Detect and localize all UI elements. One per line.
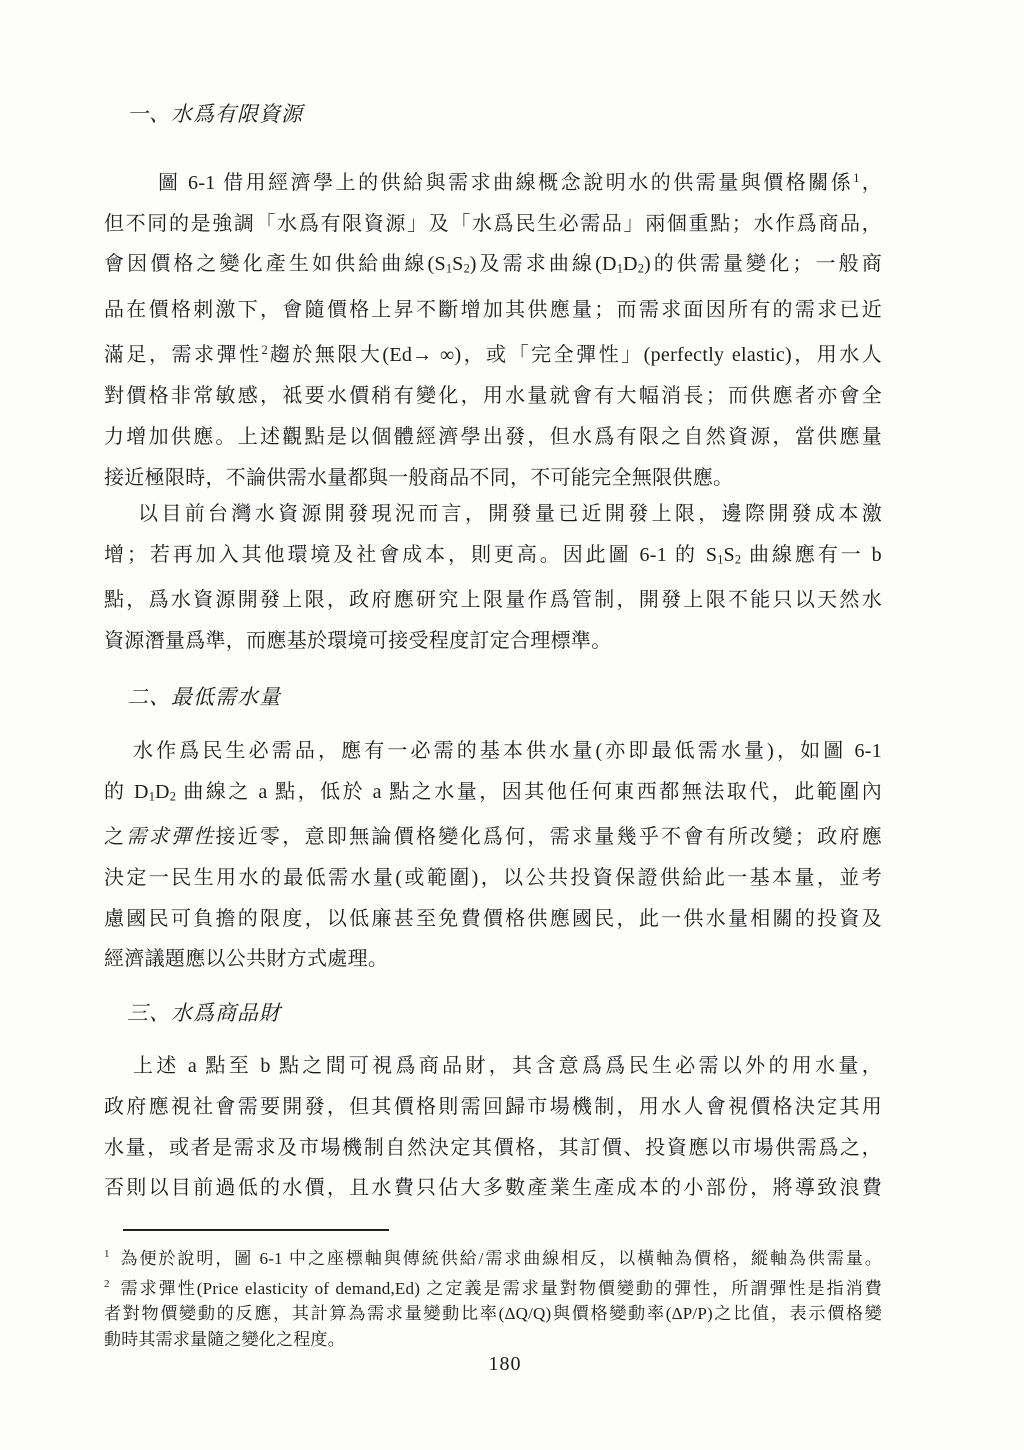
text-segment: 品在價格刺激下，會隨價格上昇不斷增加其供應量；而需求面因所有的需求已近 (104, 299, 882, 321)
text-segment: 決定一民生用水的最低需水量(或範圍)，以公共投資保證供給此一基本量，並考 (104, 867, 882, 889)
document-page: 一、水爲有限資源 圖 6-1 借用經濟學上的供給與需求曲線概念說明水的供需量與價… (0, 0, 1024, 1450)
section-heading-1: 一、水爲有限資源 (127, 101, 303, 127)
footnote-line: 者對物價變動的反應，其計算為需求量變動比率(ΔQ/Q)與價格變動率(ΔP/P)之… (104, 1301, 882, 1327)
text-segment: D (155, 781, 170, 803)
text-segment: 需求彈性 (126, 826, 215, 848)
text-segment: 者對物價變動的反應，其計算為需求量變動比率(ΔQ/Q)與價格變動率(ΔP/P)之… (104, 1304, 882, 1323)
text-segment: 點，爲水資源開發上限，政府應研究上限量作爲管制，開發上限不能只以天然水 (104, 589, 882, 611)
text-segment: 需求彈性(Price elasticity of demand,Ed) 之定義是… (119, 1279, 882, 1298)
paragraph-3: 水作爲民生必需品，應有一必需的基本供水量(亦即最低需水量)，如圖 6-1的 D1… (104, 731, 882, 980)
text-line: 圖 6-1 借用經濟學上的供給與需求曲線概念說明水的供需量與價格關係1， (104, 158, 882, 204)
text-segment: 接近零，意即無論價格變化爲何，需求量幾乎不會有所改變；政府應 (215, 826, 882, 848)
text-segment: 資源潛量爲準，而應基於環境可接受程度訂定合理標準。 (104, 630, 612, 652)
text-line: 上述 a 點至 b 點之間可視爲商品財，其含意爲爲民生必需以外的用水量， (104, 1046, 882, 1087)
text-segment: 否則以目前過低的水價，且水費只佔大多數產業生產成本的小部份，將導致浪費 (104, 1177, 882, 1199)
footnote-line: 動時其需求量隨之變化之程度。 (104, 1327, 882, 1353)
text-line: 以目前台灣水資源開發現況而言，開發量已近開發上限，邊際開發成本激 (104, 494, 882, 535)
text-segment: 經濟議題應以公共財方式處理。 (104, 948, 388, 970)
text-segment: 圖 6-1 借用經濟學上的供給與需求曲線概念說明水的供需量與價格關係 (158, 172, 853, 194)
text-segment: )的供需量變化；一般商 (644, 253, 882, 275)
text-segment: 滿足，需求彈性 (104, 344, 261, 366)
text-line: 點，爲水資源開發上限，政府應研究上限量作爲管制，開發上限不能只以天然水 (104, 580, 882, 621)
text-line: 增；若再加入其他環境及社會成本，則更高。因此圖 6-1 的 S1S2 曲線應有一… (104, 535, 882, 580)
text-segment: 之 (104, 826, 126, 848)
text-line: 經濟議題應以公共財方式處理。 (104, 939, 882, 980)
text-line: 之需求彈性接近零，意即無論價格變化爲何，需求量幾乎不會有所改變；政府應 (104, 817, 882, 858)
text-line: 但不同的是強調「水爲有限資源」及「水爲民生必需品」兩個重點；水作爲商品， (104, 204, 882, 245)
text-line: 會因價格之變化產生如供給曲線(S1S2)及需求曲線(D1D2)的供需量變化；一般… (104, 244, 882, 289)
paragraph-4: 上述 a 點至 b 點之間可視爲商品財，其含意爲爲民生必需以外的用水量，政府應視… (104, 1046, 882, 1209)
paragraph-2: 以目前台灣水資源開發現況而言，開發量已近開發上限，邊際開發成本激增；若再加入其他… (104, 494, 882, 662)
text-segment: 水作爲民生必需品，應有一必需的基本供水量(亦即最低需水量)，如圖 6-1 (133, 740, 882, 762)
text-line: 資源潛量爲準，而應基於環境可接受程度訂定合理標準。 (104, 621, 882, 662)
text-segment: 對價格非常敏感，祗要水價稍有變化，用水量就會有大幅消長；而供應者亦會全 (104, 385, 882, 407)
text-segment: 政府應視社會需要開發，但其價格則需回歸市場機制，用水人會視價格決定其用 (104, 1096, 882, 1118)
text-line: 接近極限時，不論供需水量都與一般商品不同，不可能完全無限供應。 (104, 458, 882, 499)
text-line: 政府應視社會需要開發，但其價格則需回歸市場機制，用水人會視價格決定其用 (104, 1087, 882, 1128)
page-number: 180 (425, 1353, 585, 1376)
section-heading-3: 三、水爲商品財 (127, 1000, 281, 1026)
text-line: 水量，或者是需求及市場機制自然決定其價格，其訂價、投資應以市場供需爲之， (104, 1128, 882, 1169)
text-line: 慮國民可負擔的限度，以低廉甚至免費價格供應國民，此一供水量相關的投資及 (104, 899, 882, 940)
text-segment: S (723, 544, 734, 566)
text-line: 品在價格刺激下，會隨價格上昇不斷增加其供應量；而需求面因所有的需求已近 (104, 290, 882, 331)
text-segment: 慮國民可負擔的限度，以低廉甚至免費價格供應國民，此一供水量相關的投資及 (104, 908, 882, 930)
text-segment: 會因價格之變化產生如供給曲線(S (104, 253, 446, 275)
text-segment: S (452, 253, 463, 275)
footnote-separator (123, 1229, 389, 1231)
footnote-line: 2需求彈性(Price elasticity of demand,Ed) 之定義… (104, 1272, 882, 1302)
text-segment: ， (859, 172, 882, 194)
text-line: 水作爲民生必需品，應有一必需的基本供水量(亦即最低需水量)，如圖 6-1 (104, 731, 882, 772)
text-segment: 上述 a 點至 b 點之間可視爲商品財，其含意爲爲民生必需以外的用水量， (133, 1055, 882, 1077)
text-segment: 趨於無限大(Ed→ ∞)，或「完全彈性」(perfectly elastic)，… (268, 344, 882, 366)
text-segment: D (623, 253, 638, 275)
footnotes: 1為便於說明，圖 6-1 中之座標軸與傳統供給/需求曲線相反，以橫軸為價格，縱軸… (104, 1242, 882, 1352)
text-segment: 曲線之 a 點，低於 a 點之水量，因其他任何東西都無法取代，此範圍內 (176, 781, 882, 803)
text-segment: 但不同的是強調「水爲有限資源」及「水爲民生必需品」兩個重點；水作爲商品， (104, 213, 882, 235)
text-line: 力增加供應。上述觀點是以個體經濟學出發，但水爲有限之自然資源，當供應量 (104, 417, 882, 458)
text-segment: 接近極限時，不論供需水量都與一般商品不同，不可能完全無限供應。 (104, 467, 733, 489)
text-segment: 增；若再加入其他環境及社會成本，則更高。因此圖 6-1 的 S (104, 544, 717, 566)
footnote-marker: 1 (104, 1248, 110, 1260)
text-line: 對價格非常敏感，祗要水價稍有變化，用水量就會有大幅消長；而供應者亦會全 (104, 376, 882, 417)
text-line: 否則以目前過低的水價，且水費只佔大多數產業生產成本的小部份，將導致浪費 (104, 1168, 882, 1209)
text-segment: 力增加供應。上述觀點是以個體經濟學出發，但水爲有限之自然資源，當供應量 (104, 426, 882, 448)
footnote-marker: 2 (104, 1278, 110, 1290)
section-heading-2: 二、最低需水量 (127, 684, 281, 710)
text-segment: 水量，或者是需求及市場機制自然決定其價格，其訂價、投資應以市場供需爲之， (104, 1137, 882, 1159)
text-line: 滿足，需求彈性2趨於無限大(Ed→ ∞)，或「完全彈性」(perfectly e… (104, 330, 882, 376)
text-line: 決定一民生用水的最低需水量(或範圍)，以公共投資保證供給此一基本量，並考 (104, 858, 882, 899)
footnote-line: 1為便於說明，圖 6-1 中之座標軸與傳統供給/需求曲線相反，以橫軸為價格，縱軸… (104, 1242, 882, 1272)
text-segment: 為便於說明，圖 6-1 中之座標軸與傳統供給/需求曲線相反，以橫軸為價格，縱軸為… (119, 1249, 882, 1268)
text-segment: 以目前台灣水資源開發現況而言，開發量已近開發上限，邊際開發成本激 (138, 503, 882, 525)
text-segment: )及需求曲線(D (470, 253, 617, 275)
text-segment: 曲線應有一 b (741, 544, 882, 566)
text-segment: 動時其需求量隨之變化之程度。 (104, 1330, 345, 1349)
paragraph-1: 圖 6-1 借用經濟學上的供給與需求曲線概念說明水的供需量與價格關係1，但不同的… (104, 158, 882, 498)
text-line: 的 D1D2 曲線之 a 點，低於 a 點之水量，因其他任何東西都無法取代，此範… (104, 772, 882, 817)
text-segment: 的 D (104, 781, 149, 803)
